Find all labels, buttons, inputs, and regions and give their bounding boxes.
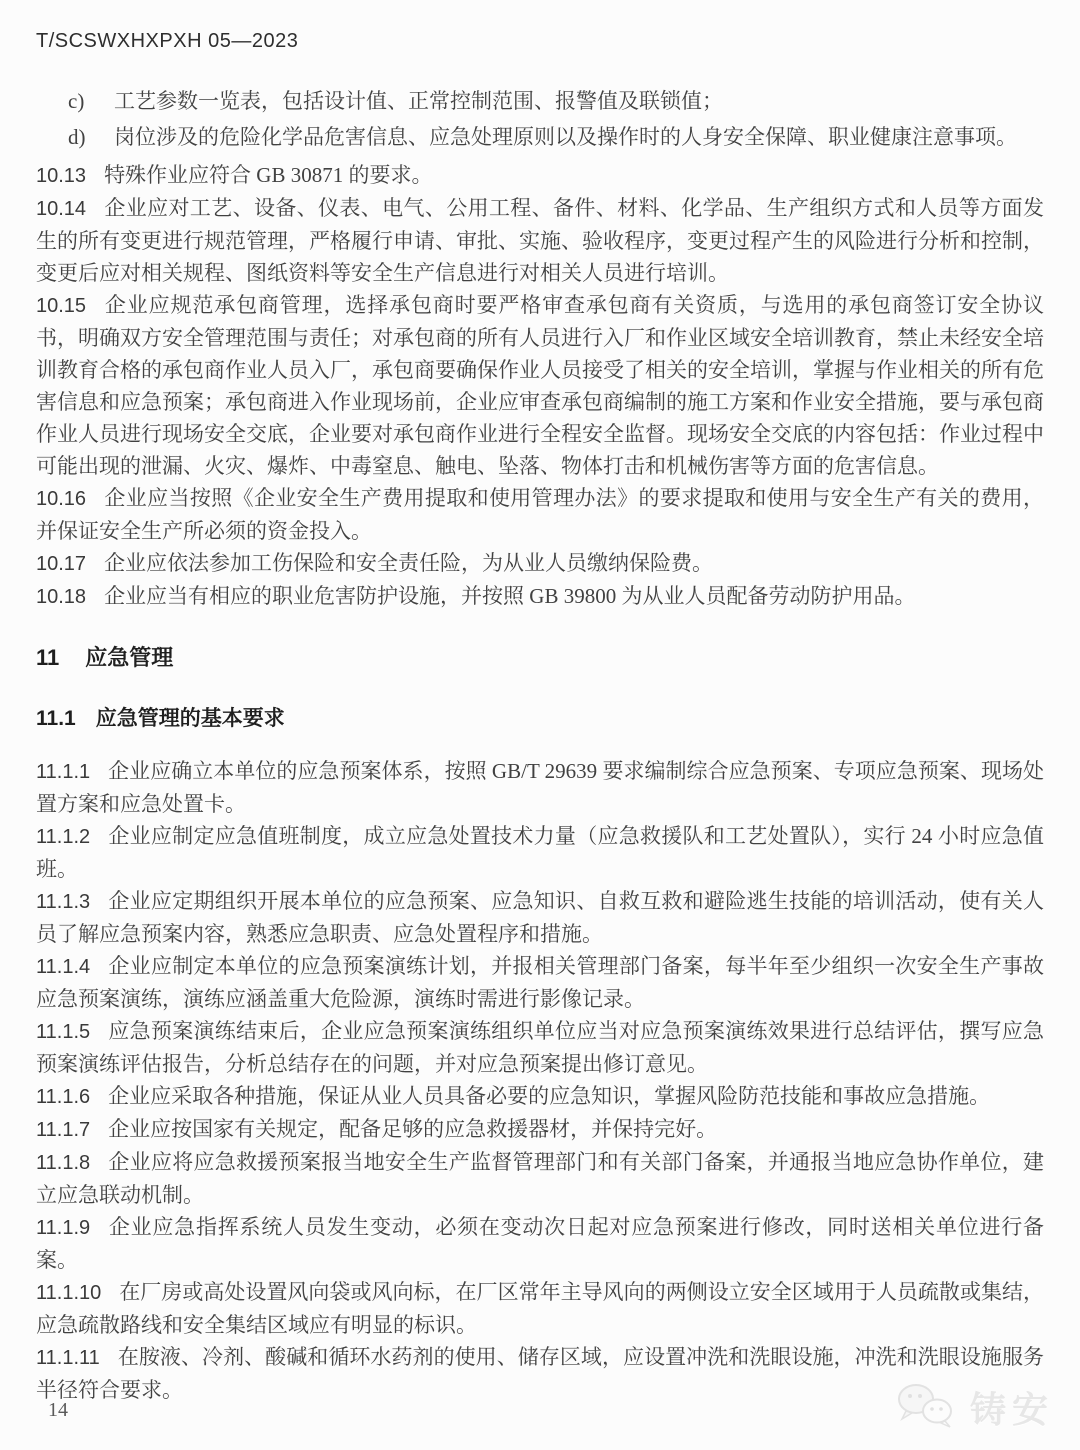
watermark-text: 铸安 (970, 1382, 1054, 1433)
subsection-title: 应急管理的基本要求 (96, 707, 285, 730)
clause-text: 企业应急指挥系统人员发生变动，必须在变动次日起对应急预案进行修改，同时送相关单位… (36, 1215, 1044, 1272)
clause-10-14: 10.14企业应对工艺、设备、仪表、电气、公用工程、备件、材料、化学品、生产组织… (36, 192, 1044, 289)
section-11-1-heading: 11.1应急管理的基本要求 (36, 705, 1044, 733)
section-number: 11 (36, 645, 59, 670)
document-page: T/SCSWXHXPXH 05—2023 c) 工艺参数一览表，包括设计值、正常… (0, 0, 1080, 1450)
clause-number: 10.15 (36, 295, 86, 317)
clause-text: 企业应按国家有关规定，配备足够的应急救援器材，并保持完好。 (108, 1117, 717, 1141)
clause-number: 11.1.7 (36, 1119, 90, 1141)
list-marker: d) (68, 119, 86, 155)
clause-10-16: 10.16企业应当按照《企业安全生产费用提取和使用管理办法》的要求提取和使用与安… (36, 482, 1044, 547)
clause-number: 10.18 (36, 586, 86, 608)
clause-10-17: 10.17企业应依法参加工伤保险和安全责任险，为从业人员缴纳保险费。 (36, 547, 1044, 580)
clause-text: 企业应依法参加工伤保险和安全责任险，为从业人员缴纳保险费。 (104, 551, 713, 575)
clause-11-1-4: 11.1.4企业应制定本单位的应急预案演练计划，并报相关管理部门备案，每半年至少… (36, 950, 1044, 1015)
section-11-heading: 11应急管理 (36, 643, 1044, 673)
clause-number: 11.1.4 (36, 956, 90, 978)
wechat-icon (892, 1381, 962, 1434)
list-item-text: 岗位涉及的危险化学品危害信息、应急处理原则以及操作时的人身安全保障、职业健康注意… (114, 125, 1017, 149)
clause-number: 11.1.9 (36, 1217, 90, 1239)
clause-11-1-3: 11.1.3企业应定期组织开展本单位的应急预案、应急知识、自救互救和避险逃生技能… (36, 885, 1044, 950)
subsection-number: 11.1 (36, 707, 76, 730)
clause-number: 10.14 (36, 198, 86, 220)
clause-11-1-1: 11.1.1企业应确立本单位的应急预案体系，按照 GB/T 29639 要求编制… (36, 755, 1044, 820)
clause-number: 11.1.8 (36, 1152, 90, 1174)
clause-number: 10.17 (36, 553, 86, 575)
clause-text: 企业应确立本单位的应急预案体系，按照 GB/T 29639 要求编制综合应急预案… (36, 759, 1044, 816)
clause-text: 企业应制定本单位的应急预案演练计划，并报相关管理部门备案，每半年至少组织一次安全… (36, 954, 1044, 1011)
watermark: 铸安 (892, 1381, 1054, 1434)
clause-text: 企业应对工艺、设备、仪表、电气、公用工程、备件、材料、化学品、生产组织方式和人员… (36, 196, 1044, 285)
clause-text: 企业应当按照《企业安全生产费用提取和使用管理办法》的要求提取和使用与安全生产有关… (36, 486, 1044, 543)
clause-text: 特殊作业应符合 GB 30871 的要求。 (104, 163, 432, 187)
clause-text: 企业应当有相应的职业危害防护设施，并按照 GB 39800 为从业人员配备劳动防… (104, 584, 915, 608)
clause-text: 企业应定期组织开展本单位的应急预案、应急知识、自救互救和避险逃生技能的培训活动，… (36, 889, 1044, 946)
clause-text: 企业应规范承包商管理，选择承包商时要严格审查承包商有关资质，与选用的承包商签订安… (36, 293, 1044, 478)
clause-text: 应急预案演练结束后，企业应急预案演练组织单位应当对应急预案演练效果进行总结评估，… (36, 1019, 1044, 1076)
section-title: 应急管理 (85, 645, 173, 670)
clause-number: 11.1.11 (36, 1347, 100, 1369)
clause-text: 企业应将应急救援预案报当地安全生产监督管理部门和有关部门备案，并通报当地应急协作… (36, 1150, 1044, 1207)
list-item-c: c) 工艺参数一览表，包括设计值、正常控制范围、报警值及联锁值； (36, 83, 1044, 119)
clause-number: 10.13 (36, 165, 86, 187)
clause-number: 11.1.5 (36, 1021, 90, 1043)
clause-number: 10.16 (36, 488, 86, 510)
clause-text: 企业应制定应急值班制度，成立应急处置技术力量（应急救援队和工艺处置队），实行 2… (36, 824, 1044, 881)
clause-number: 11.1.10 (36, 1282, 101, 1304)
clause-text: 企业应采取各种措施，保证从业人员具备必要的应急知识，掌握风险防范技能和事故应急措… (108, 1084, 990, 1108)
list-marker: c) (68, 83, 84, 119)
clause-number: 11.1.2 (36, 826, 90, 848)
clause-text: 在厂房或高处设置风向袋或风向标，在厂区常年主导风向的两侧设立安全区域用于人员疏散… (36, 1280, 1044, 1337)
list-item-d: d) 岗位涉及的危险化学品危害信息、应急处理原则以及操作时的人身安全保障、职业健… (36, 119, 1044, 155)
clause-10-15: 10.15企业应规范承包商管理，选择承包商时要严格审查承包商有关资质，与选用的承… (36, 289, 1044, 482)
clause-number: 11.1.1 (36, 761, 90, 783)
clause-11-1-6: 11.1.6企业应采取各种措施，保证从业人员具备必要的应急知识，掌握风险防范技能… (36, 1080, 1044, 1113)
document-code: T/SCSWXHXPXH 05—2023 (36, 30, 1044, 53)
clause-number: 11.1.3 (36, 891, 90, 913)
page-number: 14 (48, 1399, 68, 1422)
clause-11-1-5: 11.1.5应急预案演练结束后，企业应急预案演练组织单位应当对应急预案演练效果进… (36, 1015, 1044, 1080)
clause-11-1-7: 11.1.7企业应按国家有关规定，配备足够的应急救援器材，并保持完好。 (36, 1113, 1044, 1146)
intro-list: c) 工艺参数一览表，包括设计值、正常控制范围、报警值及联锁值； d) 岗位涉及… (36, 83, 1044, 155)
clause-11-1-8: 11.1.8企业应将应急救援预案报当地安全生产监督管理部门和有关部门备案，并通报… (36, 1146, 1044, 1211)
clause-11-1-10: 11.1.10在厂房或高处设置风向袋或风向标，在厂区常年主导风向的两侧设立安全区… (36, 1276, 1044, 1341)
clause-11-1-2: 11.1.2企业应制定应急值班制度，成立应急处置技术力量（应急救援队和工艺处置队… (36, 820, 1044, 885)
clause-number: 11.1.6 (36, 1086, 90, 1108)
clause-10-13: 10.13特殊作业应符合 GB 30871 的要求。 (36, 159, 1044, 192)
clause-11-1-9: 11.1.9企业应急指挥系统人员发生变动，必须在变动次日起对应急预案进行修改，同… (36, 1211, 1044, 1276)
list-item-text: 工艺参数一览表，包括设计值、正常控制范围、报警值及联锁值； (114, 89, 723, 113)
clause-10-18: 10.18企业应当有相应的职业危害防护设施，并按照 GB 39800 为从业人员… (36, 580, 1044, 613)
